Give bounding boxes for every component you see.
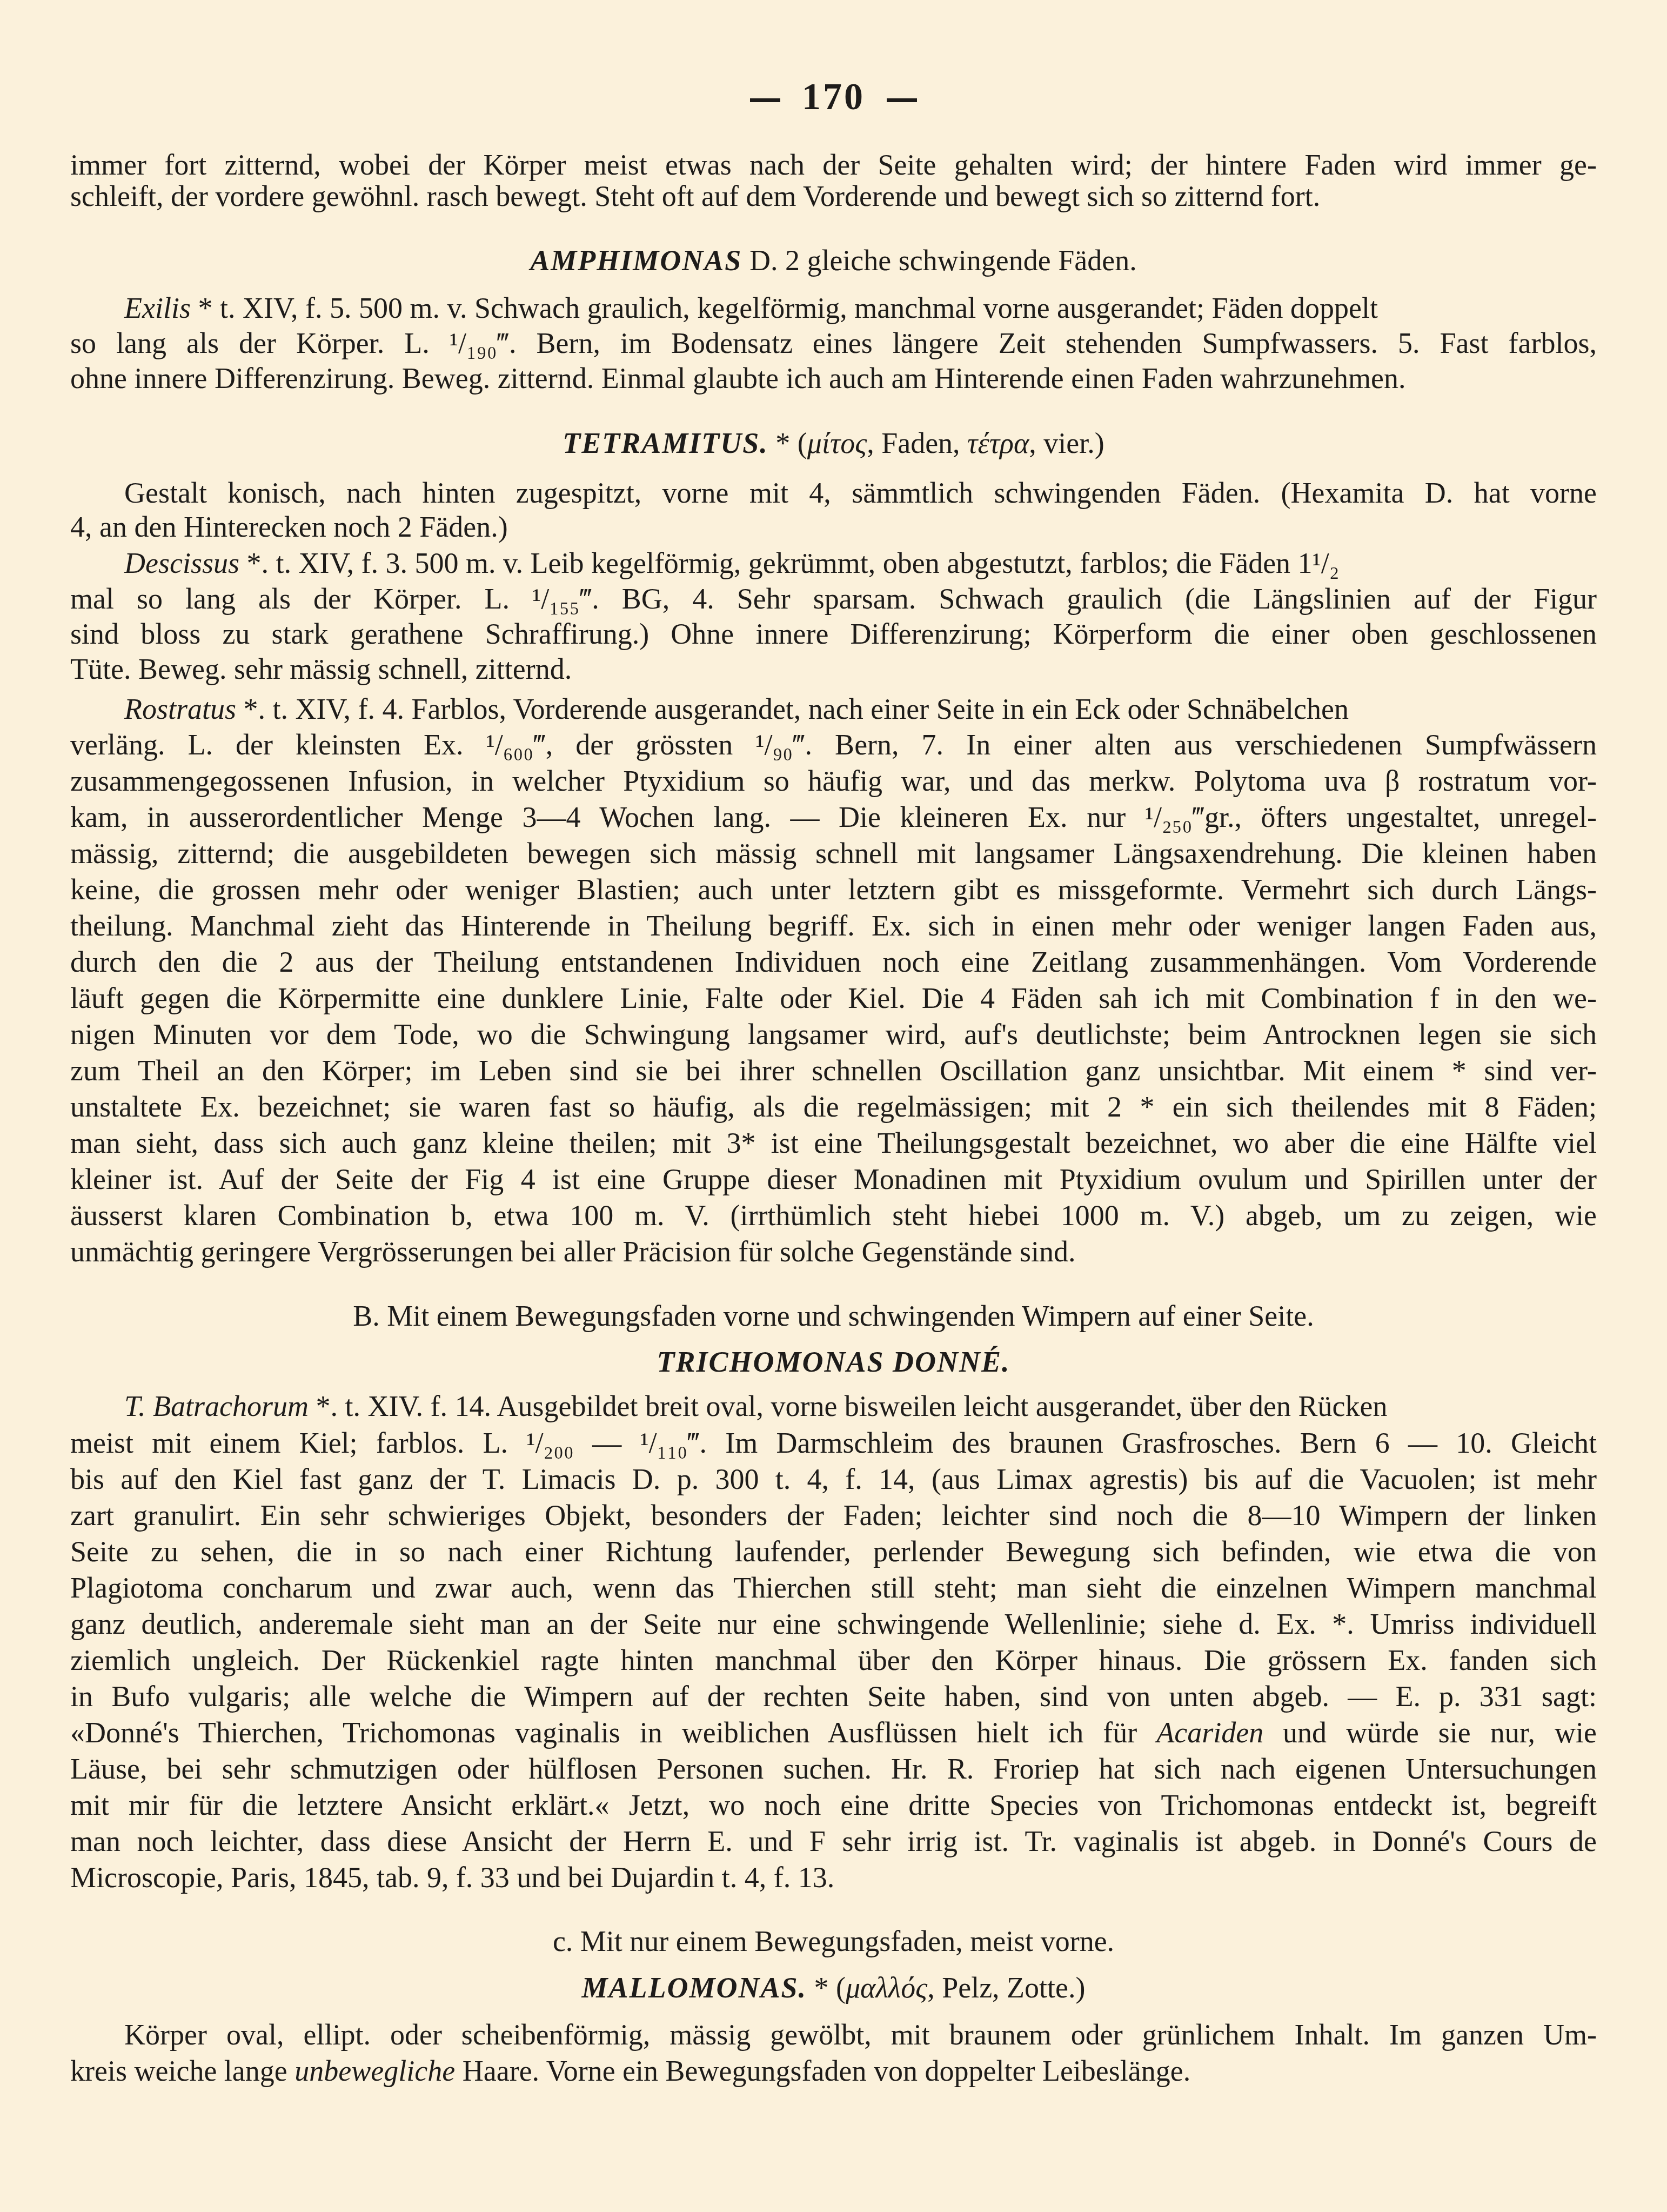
text-line: mal so lang als der Körper. L. ¹/₁₅₅‴. B… — [70, 583, 1597, 615]
page-number: 170 — [70, 76, 1597, 119]
genus-heading-mallomonas: MALLOMONAS. * (μαλλός, Pelz, Zotte.) — [70, 1972, 1597, 2004]
text-line: man sieht, dass sich auch ganz kleine th… — [70, 1127, 1597, 1159]
species-entry-rostratus: Rostratus *. t. XIV, f. 4. Farblos, Vord… — [70, 693, 1597, 725]
species-entry-exilis: Exilis * t. XIV, f. 5. 500 m. v. Schwach… — [70, 292, 1597, 324]
text-line: mit mir für die letztere Ansicht erklärt… — [70, 1789, 1597, 1821]
species-entry-descissus: Descissus *. t. XIV, f. 3. 500 m. v. Lei… — [70, 547, 1597, 579]
section-heading-c: c. Mit nur einem Bewegungsfaden, meist v… — [70, 1925, 1597, 1957]
text-line: zusammengegossenen Infusion, in welcher … — [70, 765, 1597, 797]
text-line: unmächtig geringere Vergrösserungen bei … — [70, 1235, 1597, 1268]
genus-heading-amphimonas: AMPHIMONAS D. 2 gleiche schwingende Fäde… — [70, 244, 1597, 277]
text-line: zum Theil an den Körper; im Leben sind s… — [70, 1054, 1597, 1087]
text-line: Körper oval, ellipt. oder scheibenförmig… — [70, 2019, 1597, 2051]
text-line: «Donné's Thierchen, Trichomonas vaginali… — [70, 1716, 1597, 1749]
text-line: kam, in ausserordentlicher Menge 3—4 Woc… — [70, 801, 1597, 833]
text-line: mässig, zitternd; die ausgebildeten bewe… — [70, 837, 1597, 870]
text-line: zart granulirt. Ein sehr schwieriges Obj… — [70, 1499, 1597, 1532]
text-line: man noch leichter, dass diese Ansicht de… — [70, 1825, 1597, 1857]
text-line: immer fort zitternd, wobei der Körper me… — [70, 149, 1597, 181]
text-line: Gestalt konisch, nach hinten zugespitzt,… — [70, 477, 1597, 509]
text-line: in Bufo vulgaris; alle welche die Wimper… — [70, 1680, 1597, 1713]
text-line: schleift, der vordere gewöhnl. rasch bew… — [70, 180, 1597, 212]
text-line: ganz deutlich, anderemale sieht man an d… — [70, 1608, 1597, 1640]
dash-right — [887, 98, 917, 102]
text-line: nigen Minuten vor dem Tode, wo die Schwi… — [70, 1018, 1597, 1051]
text-line: Seite zu sehen, die in so nach einer Ric… — [70, 1535, 1597, 1568]
text-line: verläng. L. der kleinsten Ex. ¹/₆₀₀‴, de… — [70, 729, 1597, 761]
text-line: unstaltete Ex. bezeichnet; sie waren fas… — [70, 1091, 1597, 1123]
text-line: Microscopie, Paris, 1845, tab. 9, f. 33 … — [70, 1861, 1597, 1894]
text-line: bis auf den Kiel fast ganz der T. Limaci… — [70, 1463, 1597, 1495]
text-line: ziemlich ungleich. Der Rückenkiel ragte … — [70, 1644, 1597, 1676]
text-line: Plagiotoma concharum und zwar auch, wenn… — [70, 1572, 1597, 1604]
text-line: sind bloss zu stark gerathene Schraffiru… — [70, 618, 1597, 650]
text-line: so lang als der Körper. L. ¹/₁₉₀‴. Bern,… — [70, 327, 1597, 359]
text-line: ohne innere Differenzirung. Beweg. zitte… — [70, 362, 1597, 395]
text-line: kreis weiche lange unbewegliche Haare. V… — [70, 2055, 1597, 2087]
text-line: kleiner ist. Auf der Seite der Fig 4 ist… — [70, 1163, 1597, 1195]
text-line: Tüte. Beweg. sehr mässig schnell, zitter… — [70, 653, 1597, 685]
section-heading-b: B. Mit einem Bewegungsfaden vorne und sc… — [70, 1300, 1597, 1332]
text-line: 4, an den Hinterecken noch 2 Fäden.) — [70, 511, 1597, 543]
genus-heading-tetramitus: TETRAMITUS. * (μίτος, Faden, τέτρα, vier… — [70, 427, 1597, 459]
species-entry-batrachorum: T. Batrachorum *. t. XIV. f. 14. Ausgebi… — [70, 1390, 1597, 1422]
genus-heading-trichomonas: TRICHOMONAS DONNÉ. — [70, 1346, 1597, 1378]
text-line: läuft gegen die Körpermitte eine dunkler… — [70, 982, 1597, 1014]
text-line: Läuse, bei sehr schmutzigen oder hülflos… — [70, 1753, 1597, 1785]
text-line: theilung. Manchmal zieht das Hinterende … — [70, 910, 1597, 942]
text-line: meist mit einem Kiel; farblos. L. ¹/₂₀₀ … — [70, 1427, 1597, 1459]
text-line: durch den die 2 aus der Theilung entstan… — [70, 946, 1597, 978]
text-line: äusserst klaren Combination b, etwa 100 … — [70, 1199, 1597, 1232]
dash-left — [750, 98, 780, 102]
text-line: keine, die grossen mehr oder weniger Bla… — [70, 873, 1597, 906]
